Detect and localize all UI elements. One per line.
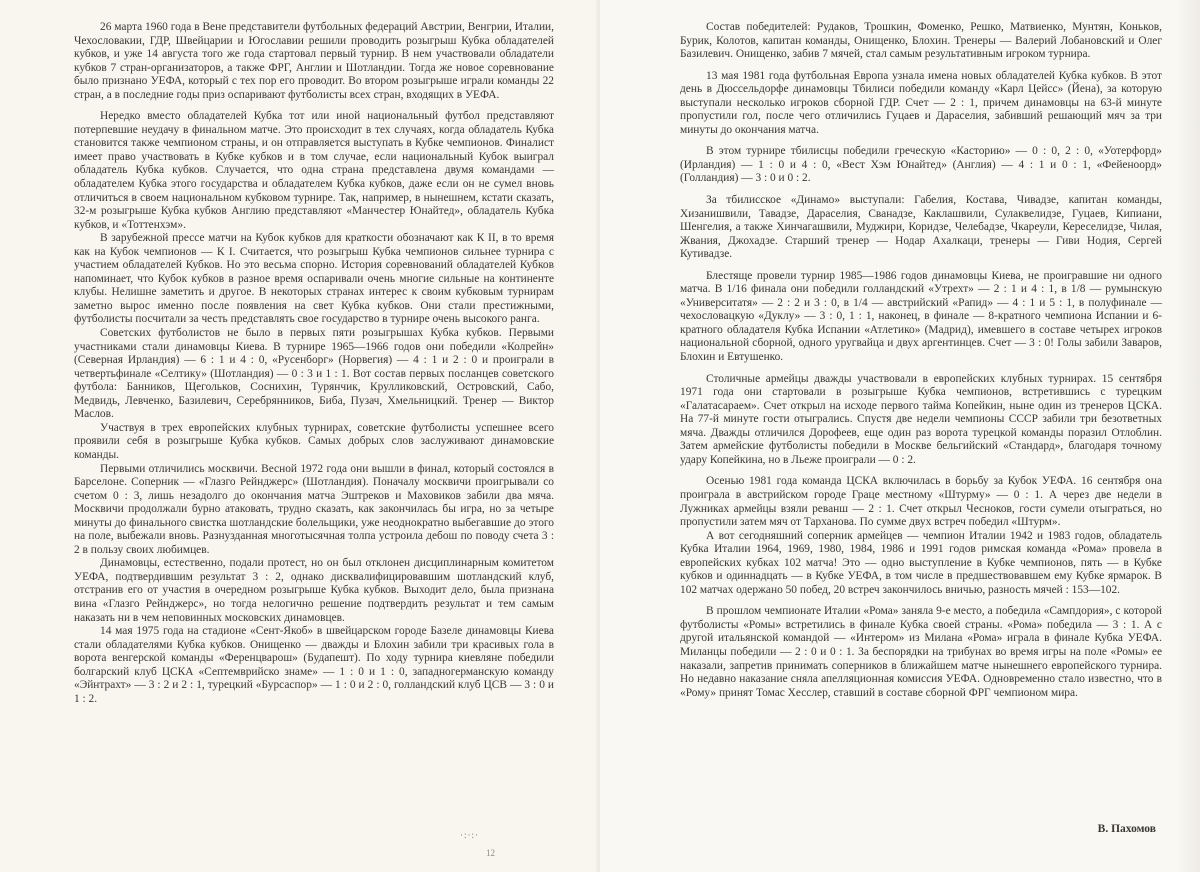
paragraph: А вот сегодняшний соперник армейцев — че… <box>680 530 1162 598</box>
page-edge-shadow <box>1178 0 1200 872</box>
paragraph: Нередко вместо обладателей Кубка тот или… <box>74 110 554 232</box>
faded-stamp: ·:·:· <box>460 830 504 842</box>
book-spread: 26 марта 1960 года в Вене представители … <box>0 0 1200 872</box>
paragraph: 26 марта 1960 года в Вене представители … <box>74 21 554 102</box>
paragraph: Участвуя в трех европейских клубных турн… <box>74 422 554 463</box>
paragraph: В зарубежной прессе матчи на Кубок кубко… <box>74 232 554 327</box>
paragraph: 13 мая 1981 года футбольная Европа узнал… <box>680 70 1162 138</box>
paragraph: За тбилисское «Динамо» выступали: Габели… <box>680 194 1162 262</box>
paragraph: Блестяще провели турнир 1985—1986 годов … <box>680 270 1162 365</box>
author-signature: В. Пахомов <box>1098 823 1156 835</box>
paragraph: Советских футболистов не было в первых п… <box>74 327 554 422</box>
left-page-text: 26 марта 1960 года в Вене представители … <box>74 21 554 706</box>
paragraph: 14 мая 1975 года на стадионе «Сент-Якоб»… <box>74 625 554 706</box>
page-number: 12 <box>486 848 495 858</box>
paragraph: Динамовцы, естественно, подали протест, … <box>74 557 554 625</box>
left-page: 26 марта 1960 года в Вене представители … <box>0 0 600 872</box>
right-page: Состав победителей: Рудаков, Трошкин, Фо… <box>600 0 1200 872</box>
paragraph: Состав победителей: Рудаков, Трошкин, Фо… <box>680 21 1162 62</box>
paragraph: Столичные армейцы дважды участвовали в е… <box>680 373 1162 468</box>
paragraph: В прошлом чемпионате Италии «Рома» занял… <box>680 605 1162 700</box>
paragraph: Осенью 1981 года команда ЦСКА включилась… <box>680 475 1162 529</box>
right-page-text: Состав победителей: Рудаков, Трошкин, Фо… <box>680 21 1162 700</box>
paragraph: Первыми отличились москвичи. Весной 1972… <box>74 463 554 558</box>
paragraph: В этом турнире тбилисцы победили греческ… <box>680 145 1162 186</box>
